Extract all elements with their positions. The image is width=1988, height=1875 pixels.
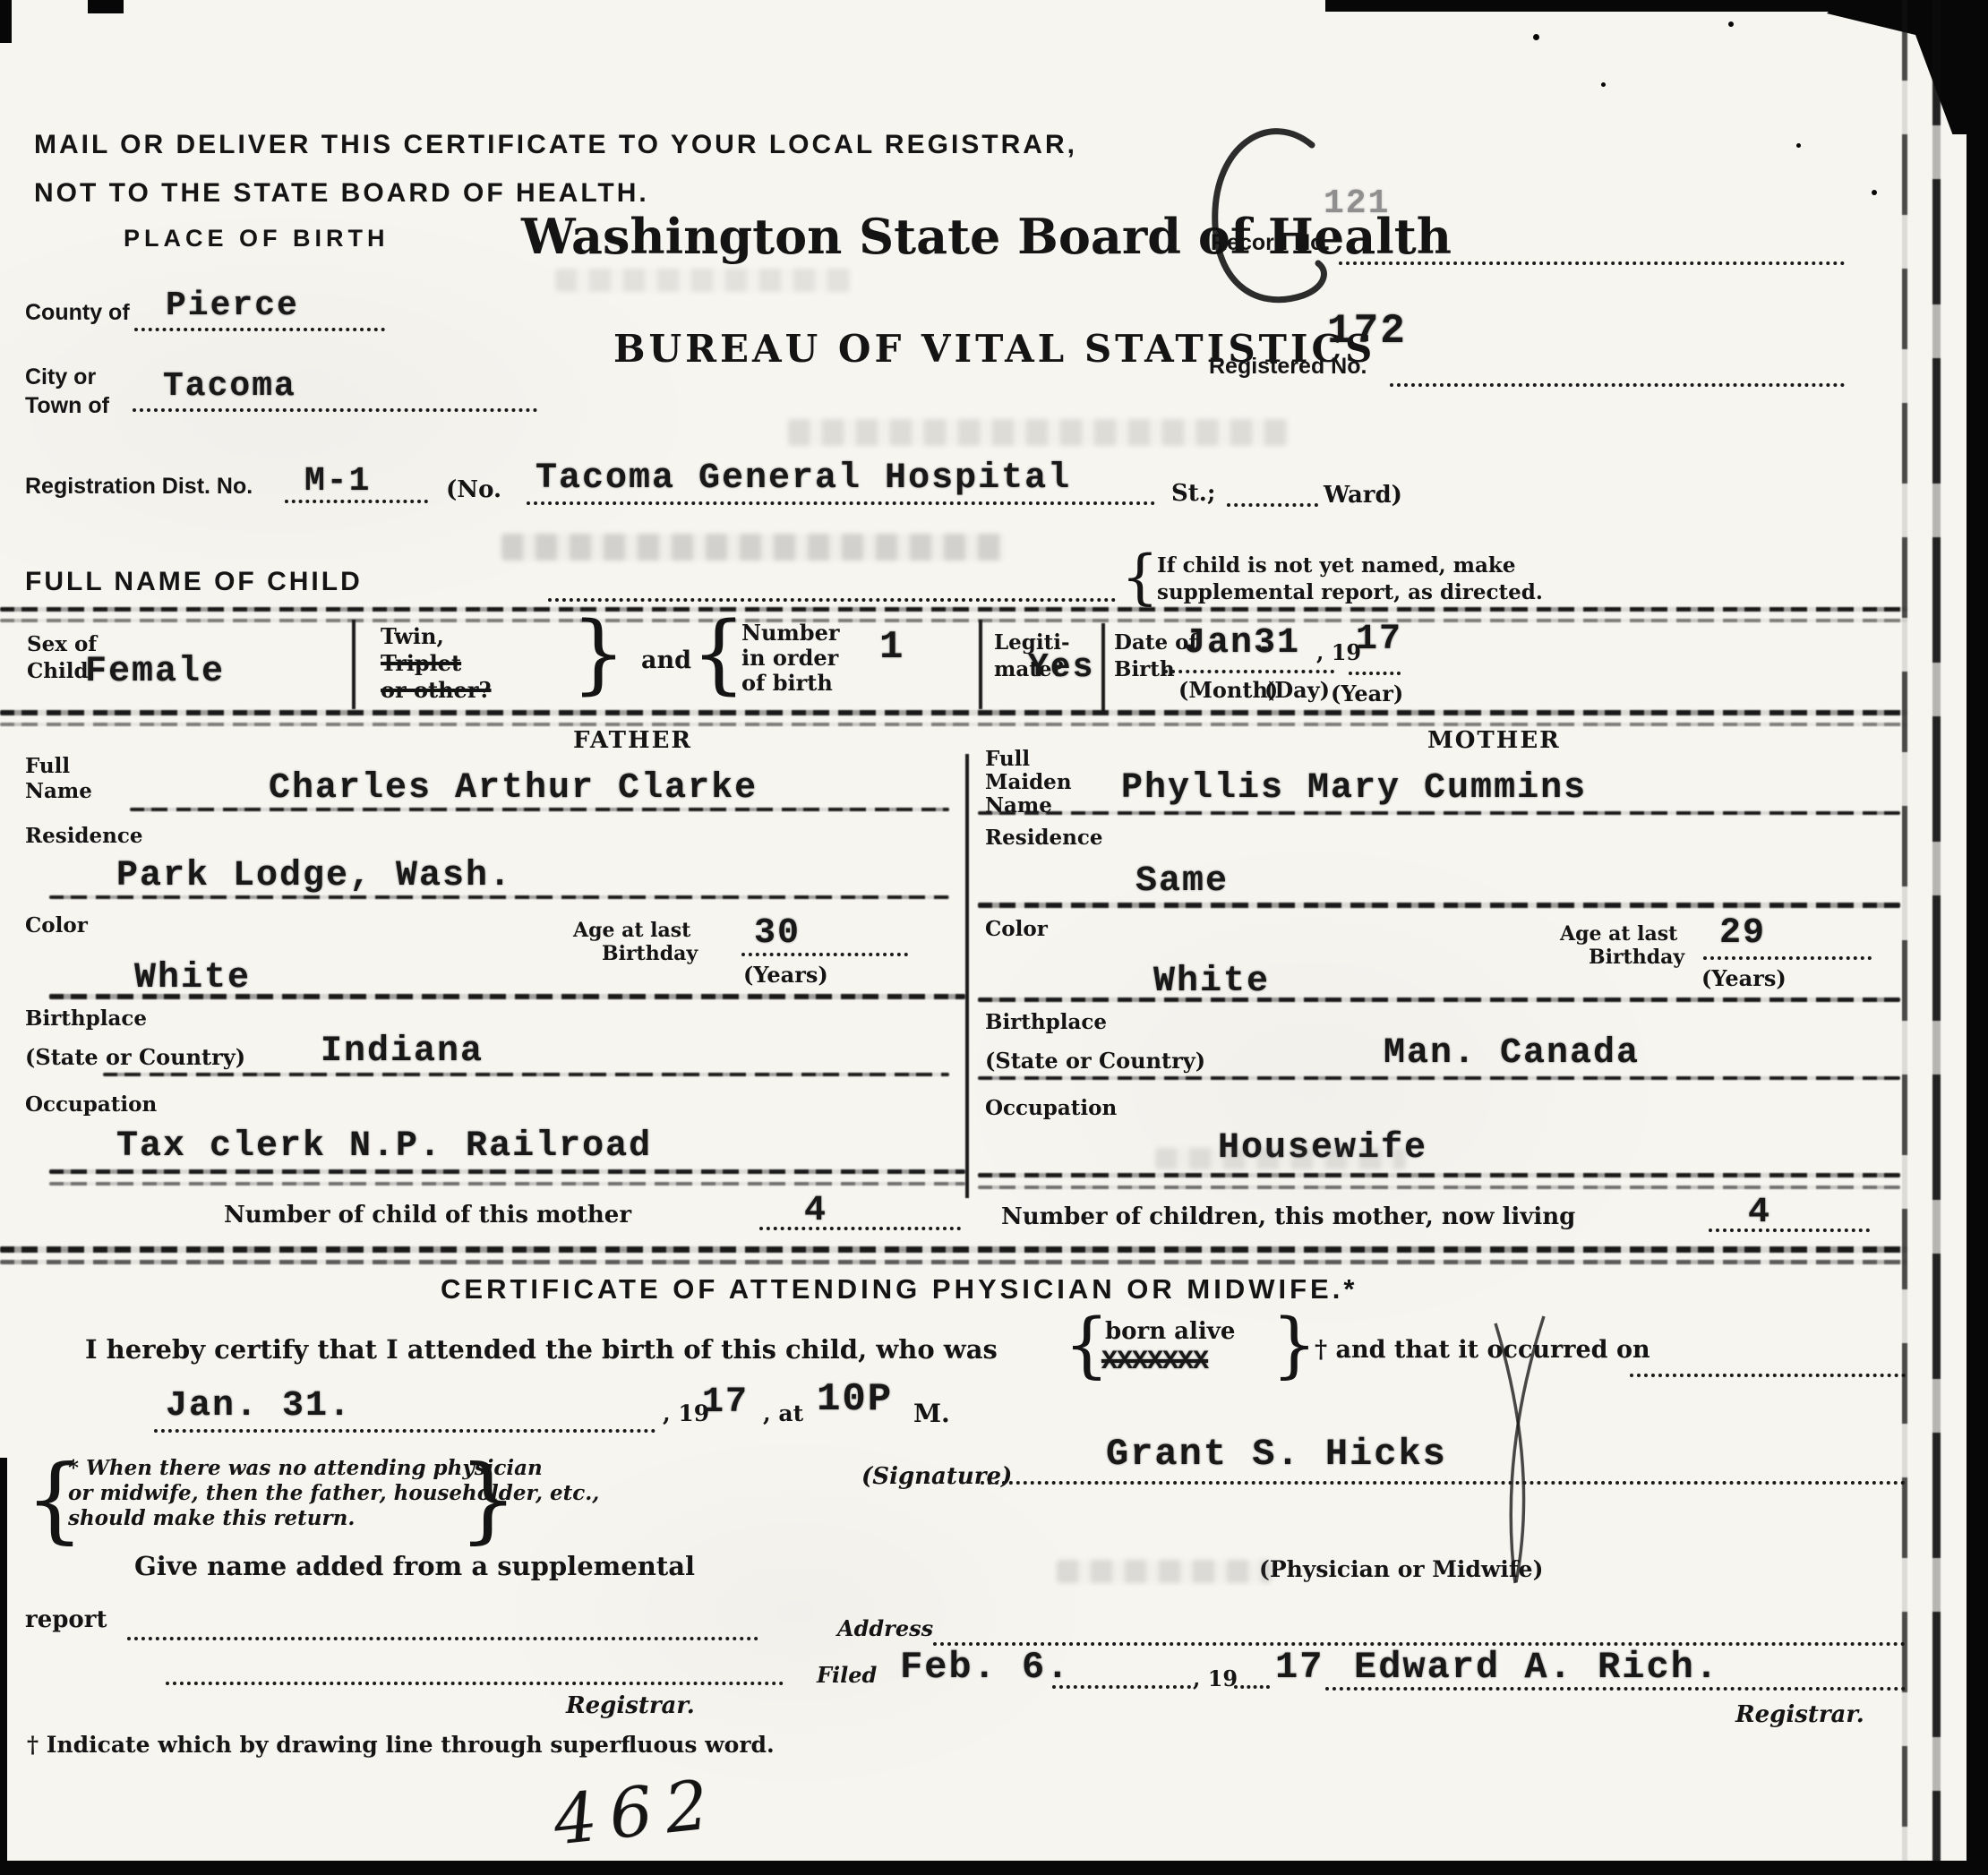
father-color-label: Color <box>25 915 88 937</box>
father-name-label-line1: Full <box>25 756 70 777</box>
mother-name-label-line1: Full <box>985 749 1030 770</box>
filed-date-line <box>1052 1662 1191 1689</box>
born-alive-option: born alive <box>1105 1320 1235 1344</box>
mother-occupation-line2 <box>978 1186 1900 1189</box>
handwritten-page-number: 462 <box>550 1768 724 1856</box>
twin-label-line1: Twin, <box>381 625 444 647</box>
mother-living-children-value: 4 <box>1748 1194 1771 1232</box>
physician-section-title: CERTIFICATE OF ATTENDING PHYSICIAN OR MI… <box>441 1275 1358 1305</box>
district-line <box>285 476 428 503</box>
legitimate-value: Yes <box>1028 650 1094 686</box>
registrar-right-label: Registrar. <box>1735 1703 1864 1727</box>
bleed-through-smudge <box>1057 1560 1272 1583</box>
registered-no-value: 172 <box>1327 310 1407 353</box>
father-age-label-line2: Birthday <box>602 944 698 964</box>
bleed-through-smudge <box>1155 1148 1406 1169</box>
city-label-line1: City or <box>25 365 96 389</box>
mother-occupation-line <box>978 1173 1900 1177</box>
mail-instruction-line2: NOT TO THE STATE BOARD OF HEALTH. <box>34 179 649 208</box>
city-label-line2: Town of <box>25 394 109 417</box>
bleed-through-smudge <box>788 419 1290 446</box>
scan-top-left-mark2 <box>88 0 124 13</box>
father-occupation-value: Tax clerk N.P. Railroad <box>116 1128 652 1166</box>
mother-color-label: Color <box>985 919 1048 940</box>
born-brace-close: } <box>1272 1309 1317 1381</box>
father-child-number-label: Number of child of this mother <box>224 1203 631 1228</box>
twin-brace-close: } <box>571 611 626 697</box>
father-color-line <box>49 994 965 999</box>
section-rule <box>0 723 1907 726</box>
order-label-line3: of birth <box>741 672 833 694</box>
county-line <box>134 304 385 331</box>
mother-name-label-line2: Maiden <box>985 772 1072 793</box>
father-birthplace-line <box>103 1073 949 1076</box>
scan-bottom-edge <box>0 1861 1988 1875</box>
mother-years-caption: (Years) <box>1701 967 1787 989</box>
bleed-through-smudge <box>555 269 851 292</box>
footnote-line2: or midwife, then the father, householder… <box>68 1483 599 1504</box>
filed-year-value: 17 <box>1275 1648 1324 1687</box>
father-residence-value: Park Lodge, Wash. <box>116 858 512 895</box>
order-value: 1 <box>879 627 904 668</box>
city-line <box>133 385 537 412</box>
father-section-title: FATHER <box>573 729 692 753</box>
registrar-left-line <box>166 1657 784 1685</box>
signature-line <box>981 1458 1906 1485</box>
father-years-caption: (Years) <box>743 963 828 986</box>
full-name-of-child-label: FULL NAME OF CHILD <box>25 568 363 596</box>
section-rule <box>0 1246 1907 1253</box>
full-name-line <box>548 573 1116 602</box>
occurred-text: † and that it occurred on <box>1315 1338 1650 1363</box>
twin-label-line3-struck: or other? <box>381 679 492 701</box>
section-rule <box>0 607 1907 612</box>
sex-value: Female <box>85 654 225 691</box>
father-child-number-value: 4 <box>804 1193 827 1230</box>
naming-note-line2: supplemental report, as directed. <box>1157 582 1543 604</box>
mother-color-value: White <box>1153 963 1270 1001</box>
filed-year-line <box>1234 1662 1270 1689</box>
st-line <box>1227 480 1318 507</box>
registered-no-line <box>1390 360 1845 387</box>
attended-date-line <box>154 1406 656 1433</box>
scan-speckle <box>1601 82 1606 87</box>
father-birthplace-value: Indiana <box>321 1033 484 1071</box>
year-caption: (Year) <box>1331 682 1403 705</box>
scan-left-edge <box>0 1458 7 1862</box>
order-label-line1: Number <box>741 621 839 644</box>
at-label: , at <box>763 1402 803 1426</box>
footnote-line3: should make this return. <box>68 1508 355 1529</box>
registered-no-label: Registered No. <box>1209 355 1367 378</box>
mother-birthplace-caption: (State or Country) <box>985 1049 1205 1072</box>
attended-year-value: 17 <box>702 1384 749 1422</box>
mother-age-label-line1: Age at last <box>1560 924 1677 945</box>
scan-top-right-blotch <box>1827 0 1988 134</box>
district-label: Registration Dist. No. <box>25 475 253 498</box>
column-divider <box>965 754 969 1198</box>
naming-note-line1: If child is not yet named, make <box>1157 555 1515 577</box>
birth-place-line <box>527 478 1155 505</box>
birth-certificate-scan: MAIL OR DELIVER THIS CERTIFICATE TO YOUR… <box>0 0 1988 1875</box>
address-label: Address <box>837 1617 933 1640</box>
mother-age-line <box>1703 935 1872 960</box>
no-paren-label: (No. <box>446 478 501 502</box>
handwritten-record-mark <box>1204 120 1339 312</box>
occurred-line <box>1630 1350 1906 1377</box>
twin-label-line2-struck: Triplet <box>381 652 461 674</box>
father-occupation-line <box>49 1169 965 1174</box>
mother-section-title: MOTHER <box>1427 729 1561 753</box>
month-caption: (Month) <box>1178 679 1278 701</box>
record-no-line <box>1339 238 1845 265</box>
father-color-value: White <box>134 960 251 997</box>
mother-name-value: Phyllis Mary Cummins <box>1121 770 1587 808</box>
scan-streak <box>1932 0 1941 1875</box>
father-birthplace-label: Birthplace <box>25 1008 147 1030</box>
scan-speckle <box>1728 21 1734 27</box>
struck-option: XXXXXXX <box>1101 1348 1208 1377</box>
place-of-birth-label: PLACE OF BIRTH <box>124 226 390 251</box>
cell-divider <box>352 620 356 709</box>
indicate-note: † Indicate which by drawing line through… <box>27 1734 775 1757</box>
mother-birthplace-line <box>978 1076 1900 1080</box>
sex-label-line2: Child <box>27 661 89 682</box>
mother-living-children-label: Number of children, this mother, now liv… <box>1001 1205 1575 1229</box>
mother-birthplace-value: Man. Canada <box>1384 1035 1640 1073</box>
father-residence-line <box>49 895 949 899</box>
supplemental-report-line <box>127 1612 758 1640</box>
registrar-right-line <box>1325 1664 1906 1691</box>
father-occupation-line2 <box>49 1182 965 1186</box>
physician-or-midwife-caption: (Physician or Midwife) <box>1259 1558 1543 1581</box>
st-label: St.; <box>1171 482 1215 506</box>
mother-birthplace-label: Birthplace <box>985 1012 1107 1033</box>
mother-color-line <box>978 997 1900 1002</box>
cell-divider <box>1101 623 1105 713</box>
dob-year-line <box>1349 648 1401 675</box>
father-name-value: Charles Arthur Clarke <box>269 770 758 808</box>
filed-year-prefix: , 19 <box>1193 1667 1238 1690</box>
order-label-line2: in order <box>741 646 838 669</box>
mother-age-label-line2: Birthday <box>1589 947 1684 968</box>
section-rule <box>0 619 1907 622</box>
mother-residence-label: Residence <box>985 827 1103 849</box>
scan-speckle <box>1872 190 1877 195</box>
father-age-line <box>741 931 908 956</box>
registrar-left-label: Registrar. <box>566 1694 695 1718</box>
father-name-label-line2: Name <box>25 781 92 802</box>
meridian-label: M. <box>913 1400 950 1426</box>
county-label: County of <box>25 301 130 324</box>
father-occupation-label: Occupation <box>25 1094 157 1116</box>
naming-note-brace: { <box>1121 548 1159 607</box>
cell-divider <box>979 620 982 709</box>
section-rule <box>0 710 1907 715</box>
supplemental-line2: report <box>25 1608 107 1632</box>
ward-label: Ward) <box>1324 484 1402 508</box>
father-name-line <box>130 808 949 811</box>
scan-right-edge <box>1967 0 1988 1875</box>
scan-top-left-mark <box>0 0 12 43</box>
order-brace-open: { <box>691 611 746 697</box>
scan-speckle <box>1796 143 1801 148</box>
mother-residence-line <box>978 903 1900 908</box>
day-caption: (Day) <box>1264 679 1330 701</box>
father-age-label-line1: Age at last <box>573 920 690 941</box>
scan-streak <box>1902 0 1907 1875</box>
attended-time-value: 10P <box>817 1379 893 1420</box>
father-child-number-line <box>759 1205 961 1230</box>
mail-instruction-line1: MAIL OR DELIVER THIS CERTIFICATE TO YOUR… <box>34 131 1077 159</box>
supplemental-line1: Give name added from a supplemental <box>134 1553 695 1580</box>
section-rule <box>0 1260 1907 1264</box>
father-residence-label: Residence <box>25 826 143 847</box>
mother-name-line <box>978 811 1900 815</box>
and-label: and <box>641 648 691 673</box>
father-birthplace-caption: (State or Country) <box>25 1046 245 1068</box>
mother-residence-value: Same <box>1135 863 1229 901</box>
address-line <box>933 1619 1906 1646</box>
mother-occupation-label: Occupation <box>985 1098 1117 1119</box>
certify-text: I hereby certify that I attended the bir… <box>85 1336 998 1363</box>
filed-label: Filed <box>817 1664 877 1686</box>
mother-living-children-line <box>1709 1207 1870 1232</box>
dob-line <box>1164 646 1334 673</box>
scan-speckle <box>1533 34 1539 40</box>
footnote-brace-close: } <box>458 1452 518 1545</box>
filed-date-value: Feb. 6. <box>900 1648 1070 1687</box>
bleed-through-smudge <box>501 534 1003 561</box>
